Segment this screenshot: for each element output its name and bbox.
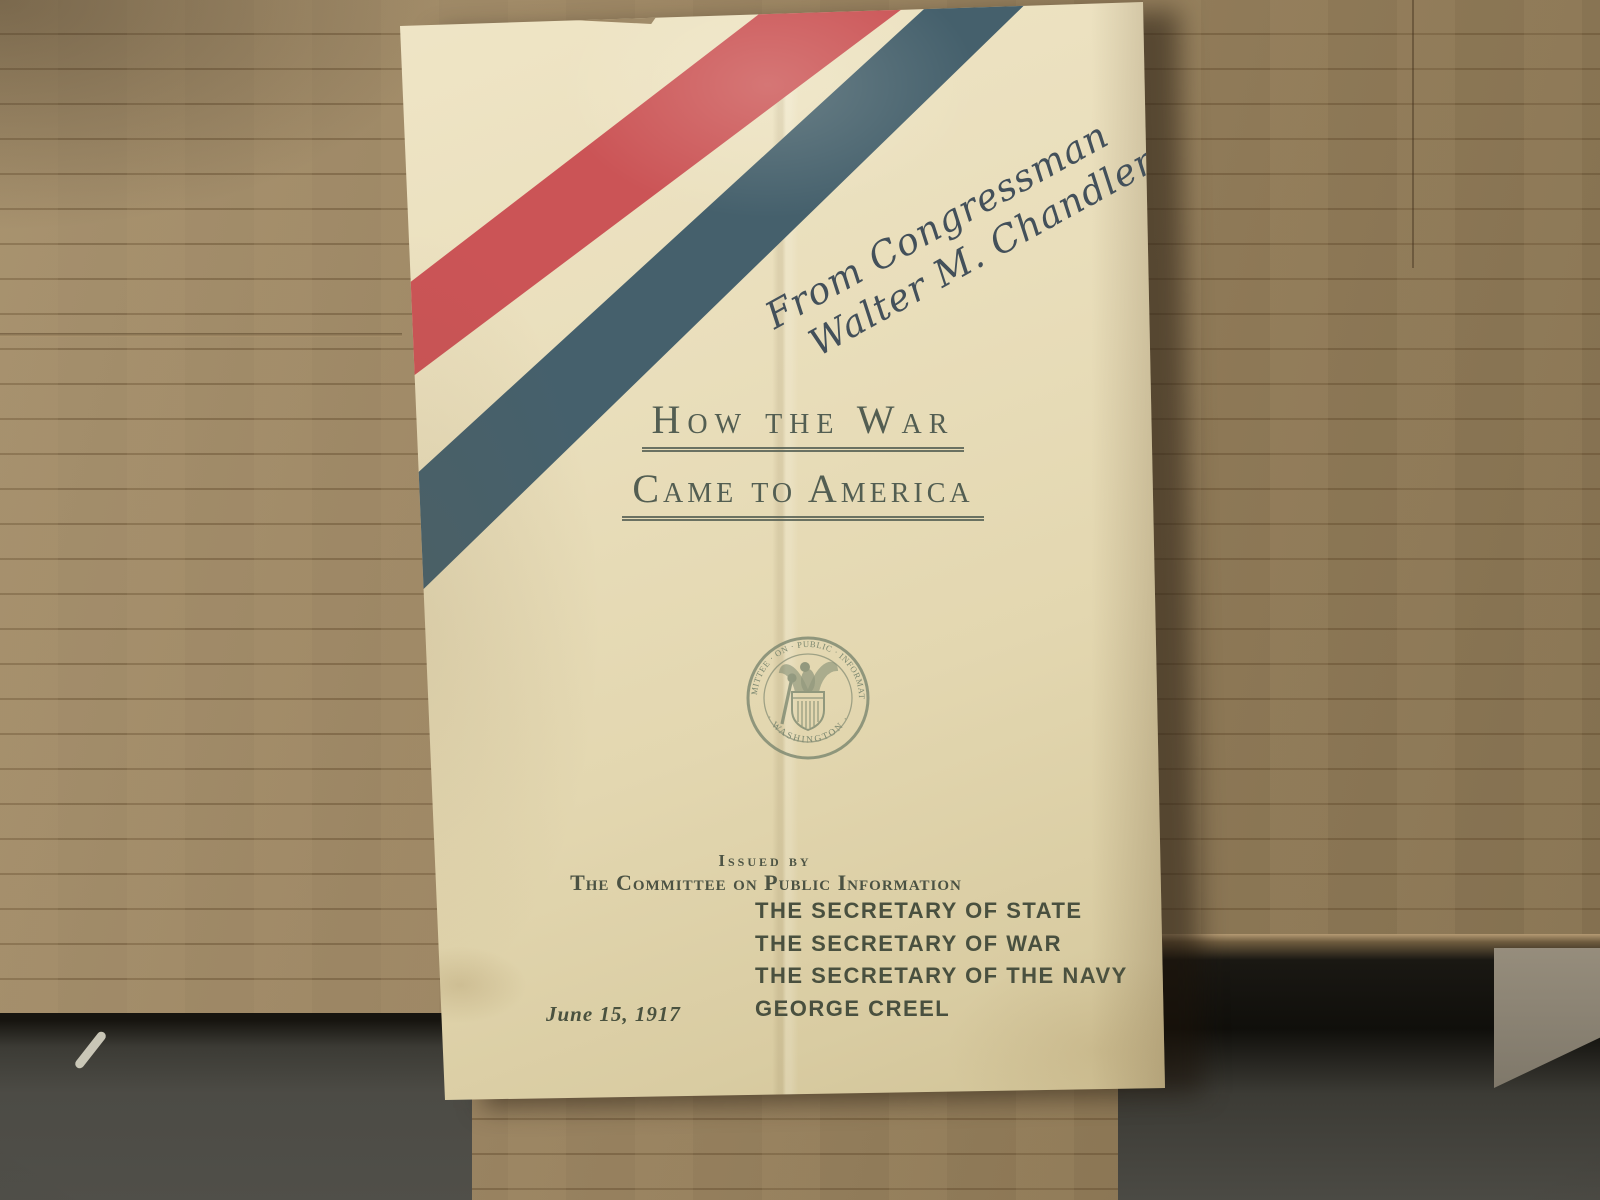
issuer-names: THE SECRETARY OF STATE THE SECRETARY OF … xyxy=(755,895,1128,1025)
issuer-name: GEORGE CREEL xyxy=(755,993,1128,1026)
cardboard-seam xyxy=(1412,0,1414,268)
title-line-2: Came to America xyxy=(622,469,983,521)
cardboard-band-edge xyxy=(0,333,402,337)
eagle-body xyxy=(802,670,814,692)
pamphlet-cover: From Congressman Walter M. Chandler How … xyxy=(398,0,1168,1105)
issuer-name: THE SECRETARY OF STATE xyxy=(755,895,1128,928)
title-line-1: How the War xyxy=(642,400,965,452)
publication-date: June 15, 1917 xyxy=(546,1002,681,1027)
torch xyxy=(782,682,791,724)
issuer-name: THE SECRETARY OF WAR xyxy=(755,928,1128,961)
dark-floor-left xyxy=(0,1013,472,1200)
eagle-head xyxy=(801,663,809,671)
torch-flame xyxy=(788,674,795,681)
issued-by-line: Issued by xyxy=(398,851,1132,871)
photo-scene: From Congressman Walter M. Chandler How … xyxy=(0,0,1600,1200)
shield-stripes xyxy=(798,701,818,728)
committee-seal: COMMITTEE · ON · PUBLIC · INFORMATION · … xyxy=(738,628,878,768)
committee-line: The Committee on Public Information xyxy=(398,870,1134,896)
seal-emblem xyxy=(780,663,837,730)
issuer-name: THE SECRETARY OF THE NAVY xyxy=(755,960,1128,993)
pamphlet-title: How the War Came to America xyxy=(573,400,1033,521)
